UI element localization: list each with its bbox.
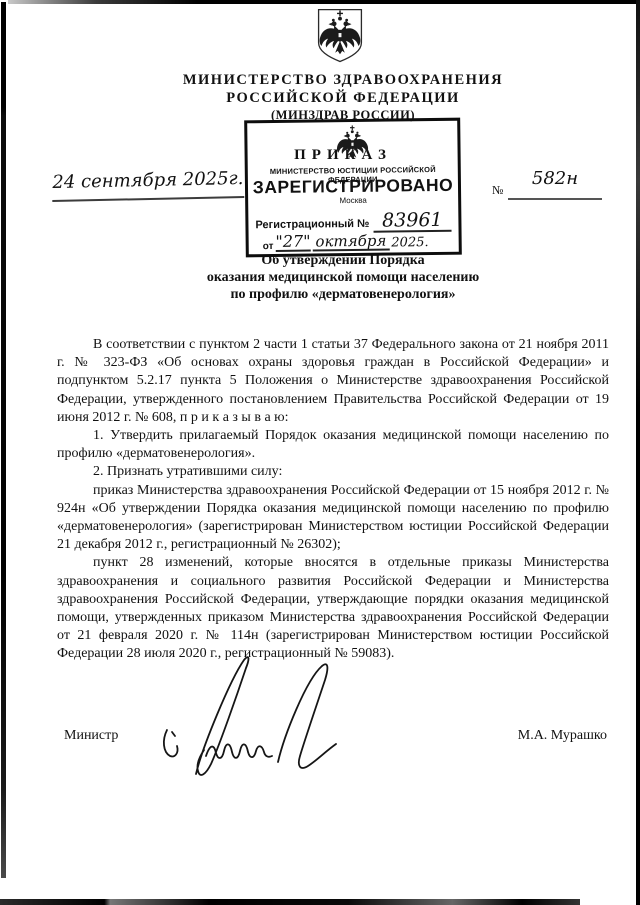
body-paragraph-preamble: В соответствии с пунктом 2 части 1 стать… (57, 336, 609, 427)
stamp-registration-line: Регистрационный № 83961 (255, 207, 451, 231)
ministry-name-line1: МИНИСТЕРСТВО ЗДРАВООХРАНЕНИЯ (46, 72, 640, 89)
stamp-city: Москва (248, 195, 458, 207)
scan-edge-bottom (0, 899, 580, 905)
scan-edge-right (636, 0, 640, 905)
scan-edge-left (1, 2, 6, 878)
order-title: Об утверждении Порядка оказания медицинс… (46, 252, 640, 303)
coat-of-arms-icon (315, 8, 365, 64)
order-title-line3: по профилю «дерматовенерология» (46, 286, 640, 303)
scan-edge-top (8, 0, 640, 4)
ministry-name-line2: РОССИЙСКОЙ ФЕДЕРАЦИИ (46, 90, 640, 107)
body-paragraph-revoked2: пункт 28 изменений, которые вносятся в о… (57, 554, 609, 663)
stamp-reg-number-handwritten: 83961 (373, 210, 451, 233)
doc-number-label: № (492, 183, 503, 198)
minister-signature-icon (156, 652, 340, 802)
body-paragraph-revoked1: приказ Министерства здравоохранения Росс… (57, 482, 609, 555)
body-paragraph-item2: 2. Признать утратившими силу: (57, 463, 609, 481)
body-paragraph-item1: 1. Утвердить прилагаемый Порядок оказани… (57, 427, 609, 463)
stamp-date-line: от "27" октября 2025. (263, 232, 449, 252)
order-body: В соответствии с пунктом 2 части 1 стать… (57, 336, 609, 664)
justice-registration-stamp: МИНИСТЕРСТВО ЮСТИЦИИ РОССИЙСКОЙ ФЕДЕРАЦИ… (244, 118, 462, 258)
stamp-eagle-icon (335, 123, 369, 163)
stamp-date-day-handwritten: "27" (275, 234, 310, 252)
stamp-date-year: 2025. (391, 235, 428, 250)
doc-number-handwritten: 582н (508, 168, 602, 200)
stamp-date-month-handwritten: октября (312, 233, 389, 252)
stamp-reg-label: Регистрационный № (255, 218, 369, 231)
stamp-date-prefix: от (263, 241, 274, 252)
order-title-line2: оказания медицинской помощи населению (46, 269, 640, 286)
signer-position: Министр (64, 728, 118, 744)
document-page: МИНИСТЕРСТВО ЗДРАВООХРАНЕНИЯ РОССИЙСКОЙ … (0, 0, 640, 905)
issue-date-handwritten: 24 сентября 2025г. (52, 168, 245, 202)
signer-name: М.А. Мурашко (518, 728, 607, 744)
